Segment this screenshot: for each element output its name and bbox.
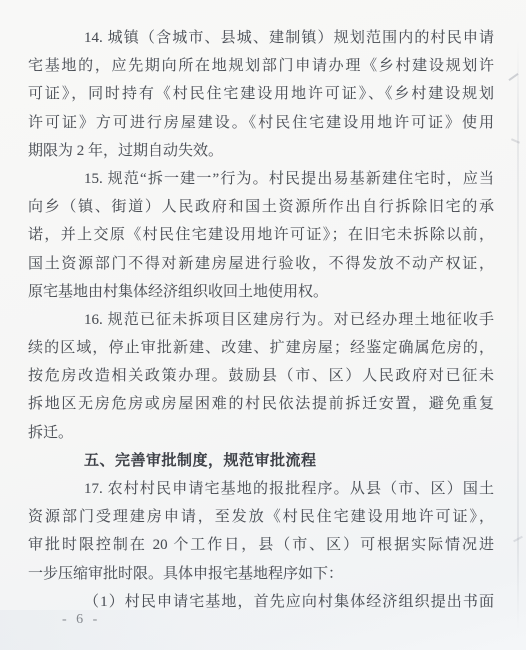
text-line-item16-2: 续的区域，停止审批新建、改建、扩建房屋；经鉴定确属危房的， (28, 334, 494, 362)
scan-mark-artifact (508, 73, 518, 81)
text-line-item15-2: 向乡（镇、街道）人民政府和国土资源所作出自行拆除旧宅的承 (28, 193, 494, 221)
text-line-item17-3: 审批时限控制在 20 个工作日，县（市、区）可根据实际情况进 (28, 531, 494, 559)
scan-streak-artifact (517, 40, 519, 630)
text-line-item15-5: 原宅基地由村集体经济组织收回土地使用权。 (28, 278, 494, 306)
text-line-item16-1: 16. 规范已征未拆项目区建房行为。对已经办理土地征收手 (28, 306, 494, 334)
scan-mark-artifact (513, 536, 523, 542)
text-line-item14-3: 可证》，同时持有《村民住宅建设用地许可证》、《乡村建设规划 (28, 80, 494, 108)
text-line-item16-4: 拆地区无房危房或房屋困难的村民依法提前拆迁安置，避免重复 (28, 390, 494, 418)
page-number: - 6 - (62, 610, 100, 630)
scan-mark-artifact (511, 138, 520, 143)
text-line-item15-1: 15. 规范“拆一建一”行为。村民提出易基新建住宅时，应当 (28, 165, 494, 193)
text-line-item14-1: 14. 城镇（含城市、县城、建制镇）规划范围内的村民申请 (28, 24, 494, 52)
text-line-item15-4: 国土资源部门不得对新建房屋进行验收，不得发放不动产权证， (28, 250, 494, 278)
text-line-item17-2: 资源部门受理建房申请，至发放《村民住宅建设用地许可证》， (28, 503, 494, 531)
document-page: 14. 城镇（含城市、县城、建制镇）规划范围内的村民申请 宅基地的，应先期向所在… (0, 0, 526, 650)
text-line-item17-1: 17. 农村村民申请宅基地的报批程序。从县（市、区）国土 (28, 475, 494, 503)
document-text: 14. 城镇（含城市、县城、建制镇）规划范围内的村民申请 宅基地的，应先期向所在… (28, 24, 494, 616)
text-line-item17-4: 一步压缩审批时限。具体申报宅基地程序如下： (28, 560, 494, 588)
text-line-item14-4: 许可证》方可进行房屋建设。《村民住宅建设用地许可证》使用 (28, 109, 494, 137)
section-heading-5: 五、完善审批制度，规范审批流程 (28, 447, 494, 475)
text-line-item16-3: 按危房改造相关政策办理。鼓励县（市、区）人民政府对已征未 (28, 362, 494, 390)
text-line-item15-3: 诺，并上交原《村民住宅建设用地许可证》；在旧宅未拆除以前， (28, 221, 494, 249)
text-line-item16-5: 拆迁。 (28, 419, 494, 447)
text-line-item14-5: 期限为 2 年，过期自动失效。 (28, 137, 494, 165)
text-line-item14-2: 宅基地的，应先期向所在地规划部门申请办理《乡村建设规划许 (28, 52, 494, 80)
